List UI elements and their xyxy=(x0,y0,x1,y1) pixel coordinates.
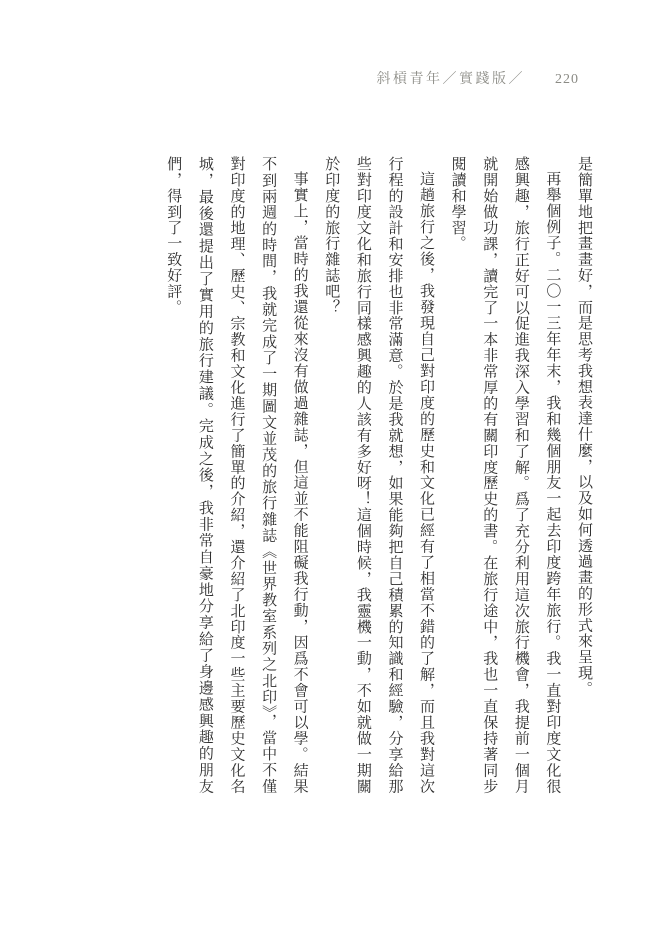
paragraph: 再舉個例子。二〇一三年年末，我和幾個朋友一起去印度跨年旅行。我一直對印度文化很感… xyxy=(441,156,567,794)
page-header: 斜槓青年／實踐版／ 220 xyxy=(377,68,580,88)
paragraph: 這趟旅行之後，我發現自己對印度的歷史和文化已經有了相當不錯的了解，而且我對這次行… xyxy=(315,156,441,794)
book-page: 斜槓青年／實踐版／ 220 是簡單地把畫畫好，而是思考我想表達什麼，以及如何透過… xyxy=(0,0,663,932)
running-title: 斜槓青年／實踐版／ xyxy=(377,68,526,88)
paragraph-continuation: 是簡單地把畫畫好，而是思考我想表達什麼，以及如何透過畫的形式來呈現。 xyxy=(567,156,599,794)
page-number: 220 xyxy=(555,72,579,88)
body-text-block: 是簡單地把畫畫好，而是思考我想表達什麼，以及如何透過畫的形式來呈現。 再舉個例子… xyxy=(157,156,599,794)
paragraph: 事實上，當時的我還從來沒有做過雜誌，但這並不能阻礙我行動，因爲不會可以學。結果不… xyxy=(157,156,315,794)
